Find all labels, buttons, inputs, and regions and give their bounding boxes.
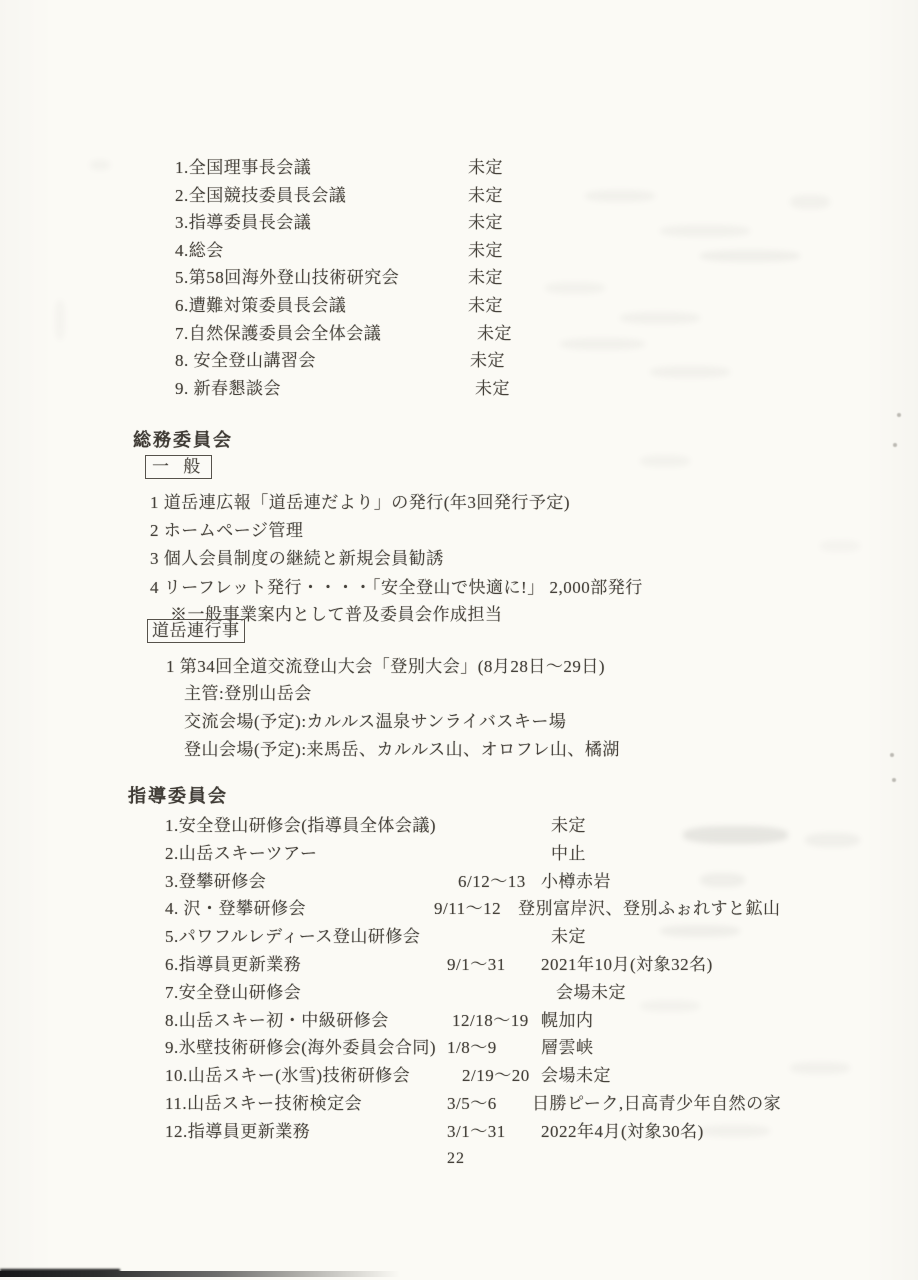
event-label: 2.全国競技委員長会議: [175, 182, 346, 210]
bleedthrough-mark: [55, 300, 65, 340]
list-item: 1.全国理事長会議未定: [0, 154, 918, 182]
list-item: 2.全国競技委員長会議未定: [0, 182, 918, 210]
event-status: 未定: [468, 292, 503, 320]
event-label: 4.総会: [175, 237, 224, 265]
scan-edge-bar: [0, 1271, 400, 1277]
row-place: 登別富岸沢、登別ふぉれすと鉱山: [518, 895, 781, 923]
event-label: 3.指導委員長会議: [175, 209, 311, 237]
scan-speck: [890, 753, 894, 757]
bleedthrough-mark: [683, 826, 788, 844]
list-item: 6.遭難対策委員長会議未定: [0, 292, 918, 320]
row-label: 2.山岳スキーツアー: [165, 840, 318, 868]
event-label: 9. 新春懇談会: [175, 375, 281, 403]
row-date: 9/1〜31: [447, 951, 506, 979]
row-date: 1/8〜9: [447, 1034, 497, 1062]
scanned-page: 1.全国理事長会議未定 2.全国競技委員長会議未定 3.指導委員長会議未定 4.…: [0, 0, 918, 1280]
bleedthrough-mark: [620, 312, 700, 324]
table-row: 3.登攀研修会6/12〜13小樽赤岩: [0, 868, 918, 896]
bleedthrough-mark: [790, 195, 830, 209]
list-item: 5.第58回海外登山技術研究会未定: [0, 264, 918, 292]
bleedthrough-mark: [640, 1000, 700, 1012]
list-item: 8. 安全登山講習会未定: [0, 347, 918, 375]
general-item-label: 1 道岳連広報「道岳連だより」の発行(年3回発行予定): [150, 489, 570, 517]
bleedthrough-mark: [660, 225, 750, 237]
list-item: 9. 新春懇談会未定: [0, 375, 918, 403]
event-status: 未定: [475, 375, 510, 403]
bleedthrough-mark: [700, 250, 800, 262]
section-heading-instruction-committee: 指導委員会: [128, 782, 228, 808]
instruction-events-table: 1.安全登山研修会(指導員全体会議)未定 2.山岳スキーツアー中止 3.登攀研修…: [0, 812, 918, 1146]
row-label: 5.パワフルレディース登山研修会: [165, 923, 420, 951]
general-box-label: 一 般: [145, 455, 212, 479]
list-item: 3.指導委員長会議未定: [0, 209, 918, 237]
list-item: 3 個人会員制度の継続と新規会員勧誘: [0, 545, 918, 573]
row-label: 8.山岳スキー初・中級研修会: [165, 1007, 389, 1035]
row-label: 1.安全登山研修会(指導員全体会議): [165, 812, 436, 840]
row-place: 日勝ピーク,日高青少年自然の家: [532, 1090, 781, 1118]
row-label: 4. 沢・登攀研修会: [165, 895, 306, 923]
event-status: 未定: [468, 154, 503, 182]
general-item-label: 2 ホームページ管理: [150, 517, 303, 545]
event-status: 未定: [468, 209, 503, 237]
row-label: 6.指導員更新業務: [165, 951, 301, 979]
bleedthrough-mark: [650, 366, 730, 378]
bleedthrough-mark: [805, 833, 860, 847]
bleedthrough-mark: [820, 540, 860, 552]
list-item: 7.自然保護委員会全体会議未定: [0, 320, 918, 348]
general-items-list: 1 道岳連広報「道岳連だより」の発行(年3回発行予定) 2 ホームページ管理 3…: [0, 489, 918, 602]
table-row: 10.山岳スキー(氷雪)技術研修会2/19〜20会場未定: [0, 1062, 918, 1090]
row-date: 9/11〜12: [434, 895, 501, 923]
row-date: 3/1〜31: [447, 1118, 506, 1146]
federation-event-details: 主管:登別山岳会 交流会場(予定):カルルス温泉サンライバスキー場 登山会場(予…: [0, 680, 918, 763]
national-events-list: 1.全国理事長会議未定 2.全国競技委員長会議未定 3.指導委員長会議未定 4.…: [0, 154, 918, 402]
table-row: 6.指導員更新業務9/1〜312021年10月(対象32名): [0, 951, 918, 979]
row-place: 会場未定: [556, 979, 626, 1007]
scan-speck: [897, 413, 901, 417]
event-detail: 登山会場(予定):来馬岳、カルルス山、オロフレ山、橘湖: [184, 736, 620, 764]
table-row: 7.安全登山研修会会場未定: [0, 979, 918, 1007]
row-place: 小樽赤岩: [541, 868, 611, 896]
row-place: 幌加内: [541, 1007, 594, 1035]
row-place: 中止: [551, 840, 586, 868]
row-place: 層雲峡: [541, 1034, 594, 1062]
table-row: 4. 沢・登攀研修会9/11〜12登別富岸沢、登別ふぉれすと鉱山: [0, 895, 918, 923]
event-detail: 交流会場(予定):カルルス温泉サンライバスキー場: [184, 708, 566, 736]
row-label: 9.氷壁技術研修会(海外委員会合同): [165, 1034, 436, 1062]
row-date: 2/19〜20: [462, 1062, 530, 1090]
event-status: 未定: [477, 320, 512, 348]
bleedthrough-mark: [660, 925, 740, 937]
table-row: 11.山岳スキー技術検定会3/5〜6日勝ピーク,日高青少年自然の家: [0, 1090, 918, 1118]
general-item-label: 3 個人会員制度の継続と新規会員勧誘: [150, 545, 444, 573]
scan-speck: [893, 443, 897, 447]
bleedthrough-mark: [640, 455, 690, 467]
event-label: 5.第58回海外登山技術研究会: [175, 264, 399, 292]
list-item: 2 ホームページ管理: [0, 517, 918, 545]
row-date: 12/18〜19: [452, 1007, 529, 1035]
bleedthrough-mark: [700, 1125, 770, 1137]
row-place: 2022年4月(対象30名): [541, 1118, 704, 1146]
row-label: 12.指導員更新業務: [165, 1118, 310, 1146]
row-date: 6/12〜13: [458, 868, 526, 896]
event-status: 未定: [468, 264, 503, 292]
scan-speck: [892, 778, 896, 782]
event-label: 1.全国理事長会議: [175, 154, 311, 182]
event-label: 6.遭難対策委員長会議: [175, 292, 346, 320]
table-row: 9.氷壁技術研修会(海外委員会合同)1/8〜9層雲峡: [0, 1034, 918, 1062]
bleedthrough-mark: [790, 1062, 850, 1074]
row-place: 会場未定: [541, 1062, 611, 1090]
row-place: 未定: [551, 923, 586, 951]
general-item-label: 4 リーフレット発行・・・・「安全登山で快適に!」 2,000部発行: [150, 574, 643, 602]
table-row: 2.山岳スキーツアー中止: [0, 840, 918, 868]
federation-events-box-label: 道岳連行事: [147, 619, 245, 643]
row-place: 未定: [551, 812, 586, 840]
federation-event-title: 1 第34回全道交流登山大会「登別大会」(8月28日〜29日): [166, 652, 605, 677]
list-item: 登山会場(予定):来馬岳、カルルス山、オロフレ山、橘湖: [0, 736, 918, 764]
list-item: 4 リーフレット発行・・・・「安全登山で快適に!」 2,000部発行: [0, 574, 918, 602]
list-item: 交流会場(予定):カルルス温泉サンライバスキー場: [0, 708, 918, 736]
bleedthrough-mark: [585, 190, 655, 202]
row-label: 3.登攀研修会: [165, 868, 266, 896]
bleedthrough-mark: [545, 282, 605, 294]
table-row: 5.パワフルレディース登山研修会未定: [0, 923, 918, 951]
row-date: 3/5〜6: [447, 1090, 497, 1118]
event-detail: 主管:登別山岳会: [184, 680, 312, 708]
bleedthrough-mark: [560, 338, 645, 350]
event-status: 未定: [470, 347, 505, 375]
list-item: 1 道岳連広報「道岳連だより」の発行(年3回発行予定): [0, 489, 918, 517]
table-row: 8.山岳スキー初・中級研修会12/18〜19幌加内: [0, 1007, 918, 1035]
event-label: 8. 安全登山講習会: [175, 347, 316, 375]
bleedthrough-mark: [700, 873, 745, 887]
page-number: 22: [447, 1150, 465, 1168]
row-label: 11.山岳スキー技術検定会: [165, 1090, 362, 1118]
event-status: 未定: [468, 182, 503, 210]
event-status: 未定: [468, 237, 503, 265]
bleedthrough-mark: [90, 160, 110, 170]
row-label: 7.安全登山研修会: [165, 979, 301, 1007]
row-label: 10.山岳スキー(氷雪)技術研修会: [165, 1062, 410, 1090]
section-heading-general-affairs: 総務委員会: [133, 426, 233, 452]
row-place: 2021年10月(対象32名): [541, 951, 713, 979]
list-item: 主管:登別山岳会: [0, 680, 918, 708]
table-row: 12.指導員更新業務3/1〜312022年4月(対象30名): [0, 1118, 918, 1146]
event-label: 7.自然保護委員会全体会議: [175, 320, 381, 348]
